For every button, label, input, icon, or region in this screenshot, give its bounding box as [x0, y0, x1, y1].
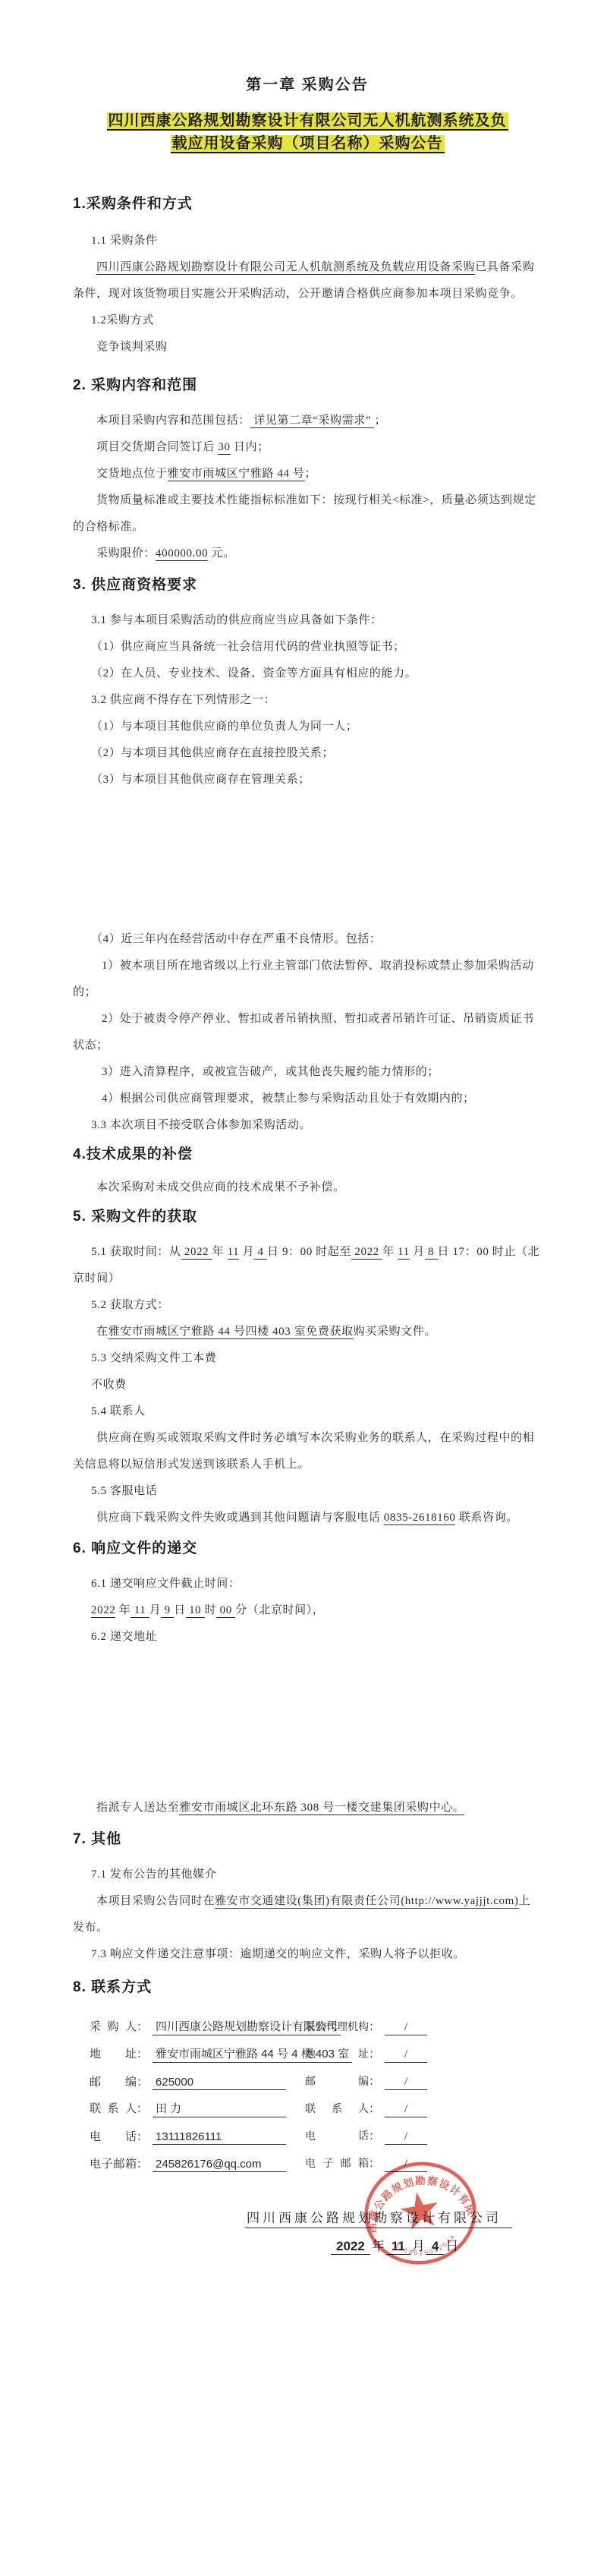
text-run: （2）在人员、专业技术、设备、资金等方面具有相应的能力。 — [91, 667, 417, 679]
underlined-text: 雅安市交通建设(集团)有限责任公司(http://www.yajjjt.com) — [215, 1895, 519, 1909]
text-run: 4）根据公司供应商管理要求，被禁止参与采购活动且处于有效期内的； — [102, 1093, 475, 1105]
seal-number-text: 5118025032544 — [393, 2231, 460, 2262]
text-run: （2）与本项目其他供应商存在直接控股关系； — [91, 747, 334, 759]
contact-label: 地 址 — [90, 2045, 137, 2061]
contact-right-cell: 地 址：/ — [305, 2045, 542, 2063]
text-run: 5.5 客服电话 — [91, 1485, 157, 1497]
text-run: ； — [374, 415, 386, 427]
contact-row: 电 话：13111826111电 话：/ — [73, 2117, 542, 2145]
paragraph: （1）与本项目其他供应商的单位负责人为同一人； — [73, 714, 542, 740]
text-run: 购买采购文件。 — [354, 1326, 436, 1338]
underlined-text: 00 — [216, 1604, 235, 1618]
text-run: 月 — [149, 1604, 162, 1616]
underlined-text: 雅安市雨城区宁雅路 44 号 — [168, 468, 305, 481]
paragraph: 5.3 交纳采购文件工本费 — [73, 1345, 542, 1372]
text-run: 在 — [96, 1326, 109, 1338]
contact-left-cell: 采 购 人：四川西康公路规划勘察设计有限公司 — [90, 2018, 305, 2035]
paragraph: 3.2 供应商不得存在下列情形之一： — [73, 687, 542, 714]
text-run: 5. 采购文件的获取 — [73, 1209, 197, 1225]
text-run: （3）与本项目其他供应商存在管理关系； — [91, 774, 310, 786]
contact-row: 地 址：雅安市雨城区宁雅路 44 号 4 楼 403 室地 址：/ — [73, 2035, 542, 2063]
text-run: 时 — [205, 1604, 217, 1616]
paragraph: 2）处于被责令停产停业、暂扣或者吊销执照、暂扣或者吊销许可证、吊销资质证书状态； — [73, 1006, 542, 1059]
text-run: 3.3 本次项目不接受联合体参加采购活动。 — [91, 1119, 311, 1131]
text-run: 7.3 响应文件递交注意事项：逾期递交的响应文件，采购人将予以拒收。 — [91, 1948, 465, 1960]
contact-right-cell: 联 系 人：/ — [305, 2100, 542, 2117]
paragraph: （2）在人员、专业技术、设备、资金等方面具有相应的能力。 — [73, 661, 542, 687]
contact-label: 电 话 — [305, 2128, 369, 2143]
document-content: 第一章 采购公告 四川西康公路规划勘察设计有限公司无人机航测系统及负 载应用设备… — [0, 0, 607, 2172]
underlined-text: 11 — [228, 1246, 240, 1260]
contact-value: 625000 — [153, 2076, 286, 2090]
text-run: 日 — [174, 1604, 186, 1616]
underlined-text: 2022 — [181, 1246, 212, 1260]
contact-label: 邮 编 — [305, 2073, 369, 2089]
text-run: 日内； — [231, 441, 269, 453]
section-heading: 5. 采购文件的获取 — [73, 1201, 542, 1233]
section-heading: 2. 采购内容和范围 — [73, 370, 542, 402]
paragraph: 供应商在购买或领取采购文件时务必填写本次采购业务的联系人，在采购过程中的相关信息… — [73, 1425, 542, 1478]
text-run: 本次采购对未成交供应商的技术成果不予补偿。 — [96, 1181, 345, 1193]
paragraph: 5.5 客服电话 — [73, 1478, 542, 1505]
text-run: 1.1 采购条件 — [91, 235, 157, 247]
contact-value: 13111826111 — [153, 2130, 286, 2145]
text-run: 3.1 参与本项目采购活动的供应商应当应具备如下条件： — [91, 614, 382, 626]
section-heading-contact: 8. 联系方式 — [73, 1972, 542, 2004]
text-run: 5.4 联系人 — [91, 1405, 146, 1417]
underlined-text: 11 — [131, 1604, 149, 1618]
contact-row: 采 购 人：四川西康公路规划勘察设计有限公司采购代理机构：/ — [73, 2008, 542, 2035]
contact-label: 联 系 人 — [90, 2100, 137, 2116]
paragraph: 采购限价：400000.00 元。 — [73, 541, 542, 567]
contact-left-cell: 电 话：13111826111 — [90, 2128, 305, 2145]
paragraph: 竞争谈判采购 — [73, 334, 542, 361]
contact-left-cell: 邮 编：625000 — [90, 2073, 305, 2090]
text-run: 2）处于被责令停产停业、暂扣或者吊销执照、暂扣或者吊销许可证、吊销资质证书状态； — [73, 1013, 534, 1052]
text-run: 分（北京时间）， — [235, 1604, 324, 1616]
paragraph: 货物质量标准或主要技术性能指标标准如下：按现行相关<标准>，质量必须达到规定的合… — [73, 487, 542, 541]
seal-star-icon — [398, 2189, 442, 2231]
paragraph: 7.3 响应文件递交注意事项：逾期递交的响应文件，采购人将予以拒收。 — [73, 1941, 542, 1968]
contact-label: 地 址 — [305, 2046, 369, 2061]
paragraph: 6.2 递交地址 — [73, 1624, 542, 1651]
text-run: 5.3 交纳采购文件工本费 — [91, 1352, 216, 1364]
text-run: 6.2 递交地址 — [91, 1631, 157, 1643]
text-run: （1）与本项目其他供应商的单位负责人为同一人； — [91, 720, 357, 733]
text-run: 竞争谈判采购 — [96, 341, 168, 353]
paragraph: 3.1 参与本项目采购活动的供应商应当应具备如下条件： — [73, 607, 542, 634]
underlined-text: 2022 — [91, 1604, 115, 1618]
text-run: （1）供应商应当具备统一社会信用代码的营业执照等证书； — [91, 641, 405, 653]
paragraph: 5.2 获取方式： — [73, 1292, 542, 1319]
underlined-text: 8 — [425, 1246, 438, 1260]
underlined-text: 400000.00 — [156, 547, 208, 561]
paragraph: 1.2采购方式 — [73, 307, 542, 334]
underlined-text: 11 — [398, 1246, 410, 1260]
underlined-text: 4 — [254, 1246, 267, 1260]
text-run: 交货地点位于 — [96, 468, 168, 480]
text-run: 日 9：00 时起至 — [267, 1246, 351, 1258]
contact-left-cell: 电子邮箱：245826176@qq.com — [90, 2155, 305, 2172]
text-run: 4.技术成果的补偿 — [73, 1146, 193, 1162]
highlighted-title-text: 四川西康公路规划勘察设计有限公司无人机航测系统及负 — [107, 112, 508, 131]
text-run: 货物质量标准或主要技术性能指标标准如下：按现行相关<标准>，质量必须达到规定的合… — [73, 494, 536, 533]
text-run: 1.2采购方式 — [91, 314, 154, 326]
text-run: 年 — [115, 1604, 131, 1616]
text-run: 月 — [239, 1246, 254, 1258]
section-heading: 6. 响应文件的递交 — [73, 1533, 542, 1565]
text-run: 6.1 递交响应文件截止时间： — [91, 1578, 241, 1590]
paragraph: （1）供应商应当具备统一社会信用代码的营业执照等证书； — [73, 634, 542, 661]
contact-label: 邮 编 — [90, 2073, 137, 2089]
text-run: 3. 供应商资格要求 — [73, 577, 197, 593]
contact-value: / — [385, 2021, 427, 2035]
text-run: 月 — [410, 1246, 425, 1258]
contact-left-cell: 联 系 人：田 力 — [90, 2100, 305, 2117]
text-run: 指派专人送达至 — [96, 1802, 179, 1814]
underlined-text: 10 — [186, 1604, 205, 1618]
page-break-space — [73, 1651, 542, 1795]
contact-value: / — [385, 2076, 427, 2090]
paragraph: 在雅安市雨城区宁雅路 44 号四楼 403 室免费获取购买采购文件。 — [73, 1319, 542, 1345]
text-run: 7.1 发布公告的其他媒介 — [91, 1868, 216, 1881]
contact-right-cell: 邮 编：/ — [305, 2073, 542, 2090]
contact-label: 采 购 人 — [90, 2018, 137, 2034]
text-run: 联系咨询。 — [455, 1512, 517, 1524]
section-heading: 7. 其他 — [73, 1824, 542, 1856]
contact-row: 联 系 人：田 力联 系 人：/ — [73, 2090, 542, 2117]
contact-value: 田 力 — [153, 2100, 286, 2117]
underlined-text: 9 — [161, 1604, 174, 1618]
contact-section: 8. 联系方式 采 购 人：四川西康公路规划勘察设计有限公司采购代理机构：/地 … — [73, 1972, 542, 2172]
underlined-text: 四川西康公路规划勘察设计有限公司无人机航测系统及负载应用设备采购 — [96, 261, 475, 275]
underlined-text: 2022 — [351, 1246, 382, 1260]
chapter-heading: 第一章 采购公告 — [73, 73, 542, 97]
text-run: 供应商下载采购文件失败或遇到其他问题请与客服电话 — [96, 1512, 384, 1524]
text-run: 1）被本项目所在地省级以上行业主管部门依法暂停、取消投标或禁止参加采购活动的； — [73, 960, 534, 998]
text-run: 年 — [212, 1246, 228, 1258]
highlighted-title-text: 载应用设备采购（项目名称）采购公告 — [171, 135, 445, 153]
contact-row: 邮 编：625000邮 编：/ — [73, 2063, 542, 2090]
text-run: 7. 其他 — [73, 1831, 121, 1847]
text-run: 采购限价： — [96, 547, 156, 560]
procurement-announcement-page: 第一章 采购公告 四川西康公路规划勘察设计有限公司无人机航测系统及负 载应用设备… — [0, 0, 607, 2576]
contact-right-cell: 采购代理机构：/ — [305, 2018, 542, 2035]
paragraph: 本项目采购公告同时在雅安市交通建设(集团)有限责任公司(http://www.y… — [73, 1888, 542, 1941]
company-seal: 四川西康公路规划勘察设计有限公司 5118025032544 — [355, 2155, 486, 2276]
underlined-text: 30 — [218, 441, 230, 455]
text-run: 年 — [382, 1246, 398, 1258]
contact-label: 电 话 — [90, 2128, 137, 2144]
text-run: 1.采购条件和方式 — [73, 196, 193, 212]
underlined-text: 雅安市雨城区北环东路 308 号一楼交建集团采购中心。 — [179, 1802, 464, 1815]
document-body: 1.采购条件和方式1.1 采购条件四川西康公路规划勘察设计有限公司无人机航测系统… — [73, 188, 542, 1968]
paragraph: （2）与本项目其他供应商存在直接控股关系； — [73, 740, 542, 767]
contact-value: / — [385, 2130, 427, 2145]
section-heading: 4.技术成果的补偿 — [73, 1139, 542, 1171]
paragraph: 本项目采购内容和范围包括： 详见第二章“采购需求” ； — [73, 408, 542, 434]
contact-label: 联 系 人 — [305, 2101, 369, 2116]
text-run: 3.2 供应商不得存在下列情形之一： — [91, 694, 275, 706]
paragraph: 4）根据公司供应商管理要求，被禁止参与采购活动且处于有效期内的； — [73, 1086, 542, 1112]
text-run: ； — [305, 468, 317, 480]
underlined-text: 0835-2618160 — [384, 1512, 456, 1525]
paragraph: 1.1 采购条件 — [73, 228, 542, 254]
section-heading: 3. 供应商资格要求 — [73, 569, 542, 601]
paragraph: 交货地点位于雅安市雨城区宁雅路 44 号； — [73, 461, 542, 487]
paragraph: 1）被本项目所在地省级以上行业主管部门依法暂停、取消投标或禁止参加采购活动的； — [73, 953, 542, 1006]
text-run: 供应商在购买或领取采购文件时务必填写本次采购业务的联系人，在采购过程中的相关信息… — [73, 1432, 534, 1471]
contact-left-cell: 地 址：雅安市雨城区宁雅路 44 号 4 楼 403 室 — [90, 2045, 305, 2063]
document-title-line-1: 四川西康公路规划勘察设计有限公司无人机航测系统及负 — [73, 109, 542, 132]
contact-label: 采购代理机构 — [305, 2019, 369, 2034]
text-run: 不收费 — [91, 1379, 127, 1391]
paragraph: 2022 年 11 月 9 日 10 时 00 分（北京时间）， — [73, 1597, 542, 1624]
text-run: （4）近三年内在经营活动中存在严重不良情形。包括： — [91, 933, 382, 945]
section-heading: 1.采购条件和方式 — [73, 188, 542, 220]
paragraph: 四川西康公路规划勘察设计有限公司无人机航测系统及负载应用设备采购已具备采购条件，… — [73, 254, 542, 307]
paragraph: 5.1 获取时间：从 2022 年 11 月 4 日 9：00 时起至 2022… — [73, 1239, 542, 1292]
paragraph: 6.1 递交响应文件截止时间： — [73, 1571, 542, 1597]
text-run: 3）进入清算程序，或被宣告破产，或其他丧失履约能力情形的； — [102, 1066, 439, 1078]
contact-label: 电子邮箱 — [90, 2155, 137, 2171]
paragraph: 本次采购对未成交供应商的技术成果不予补偿。 — [73, 1174, 542, 1201]
paragraph: 3）进入清算程序，或被宣告破产，或其他丧失履约能力情形的； — [73, 1059, 542, 1086]
contact-value: / — [385, 2048, 427, 2063]
contact-value: / — [385, 2103, 427, 2117]
paragraph: 3.3 本次项目不接受联合体参加采购活动。 — [73, 1112, 542, 1139]
paragraph: （4）近三年内在经营活动中存在严重不良情形。包括： — [73, 926, 542, 953]
text-run: 本项目采购公告同时在 — [96, 1895, 215, 1907]
paragraph: 不收费 — [73, 1372, 542, 1398]
contact-rows: 采 购 人：四川西康公路规划勘察设计有限公司采购代理机构：/地 址：雅安市雨城区… — [73, 2008, 542, 2172]
text-run: 项目交货期合同签订后 — [96, 441, 218, 453]
contact-value: 245826176@qq.com — [153, 2158, 286, 2172]
text-run: 6. 响应文件的递交 — [73, 1540, 197, 1556]
document-title-line-2: 载应用设备采购（项目名称）采购公告 — [73, 132, 542, 155]
underlined-text: 详见第二章“采购需求” — [250, 415, 375, 428]
text-run: 2. 采购内容和范围 — [73, 377, 197, 393]
paragraph: （3）与本项目其他供应商存在管理关系； — [73, 767, 542, 793]
contact-right-cell: 电 话：/ — [305, 2127, 542, 2145]
paragraph: 项目交货期合同签订后 30 日内； — [73, 434, 542, 461]
text-run: 本项目采购内容和范围包括： — [96, 415, 250, 427]
underlined-text: 雅安市雨城区宁雅路 44 号四楼 403 室免费获取 — [109, 1326, 354, 1339]
paragraph: 指派专人送达至雅安市雨城区北环东路 308 号一楼交建集团采购中心。 — [73, 1795, 542, 1821]
paragraph: 供应商下载采购文件失败或遇到其他问题请与客服电话 0835-2618160 联系… — [73, 1505, 542, 1531]
text-run: 5.1 获取时间：从 — [91, 1246, 181, 1258]
text-run: 5.2 获取方式： — [91, 1299, 169, 1311]
text-run: 元。 — [208, 547, 235, 560]
paragraph: 5.4 联系人 — [73, 1398, 542, 1425]
page-break-space — [73, 793, 542, 926]
paragraph: 7.1 发布公告的其他媒介 — [73, 1862, 542, 1888]
document-title: 四川西康公路规划勘察设计有限公司无人机航测系统及负 载应用设备采购（项目名称）采… — [73, 109, 542, 155]
